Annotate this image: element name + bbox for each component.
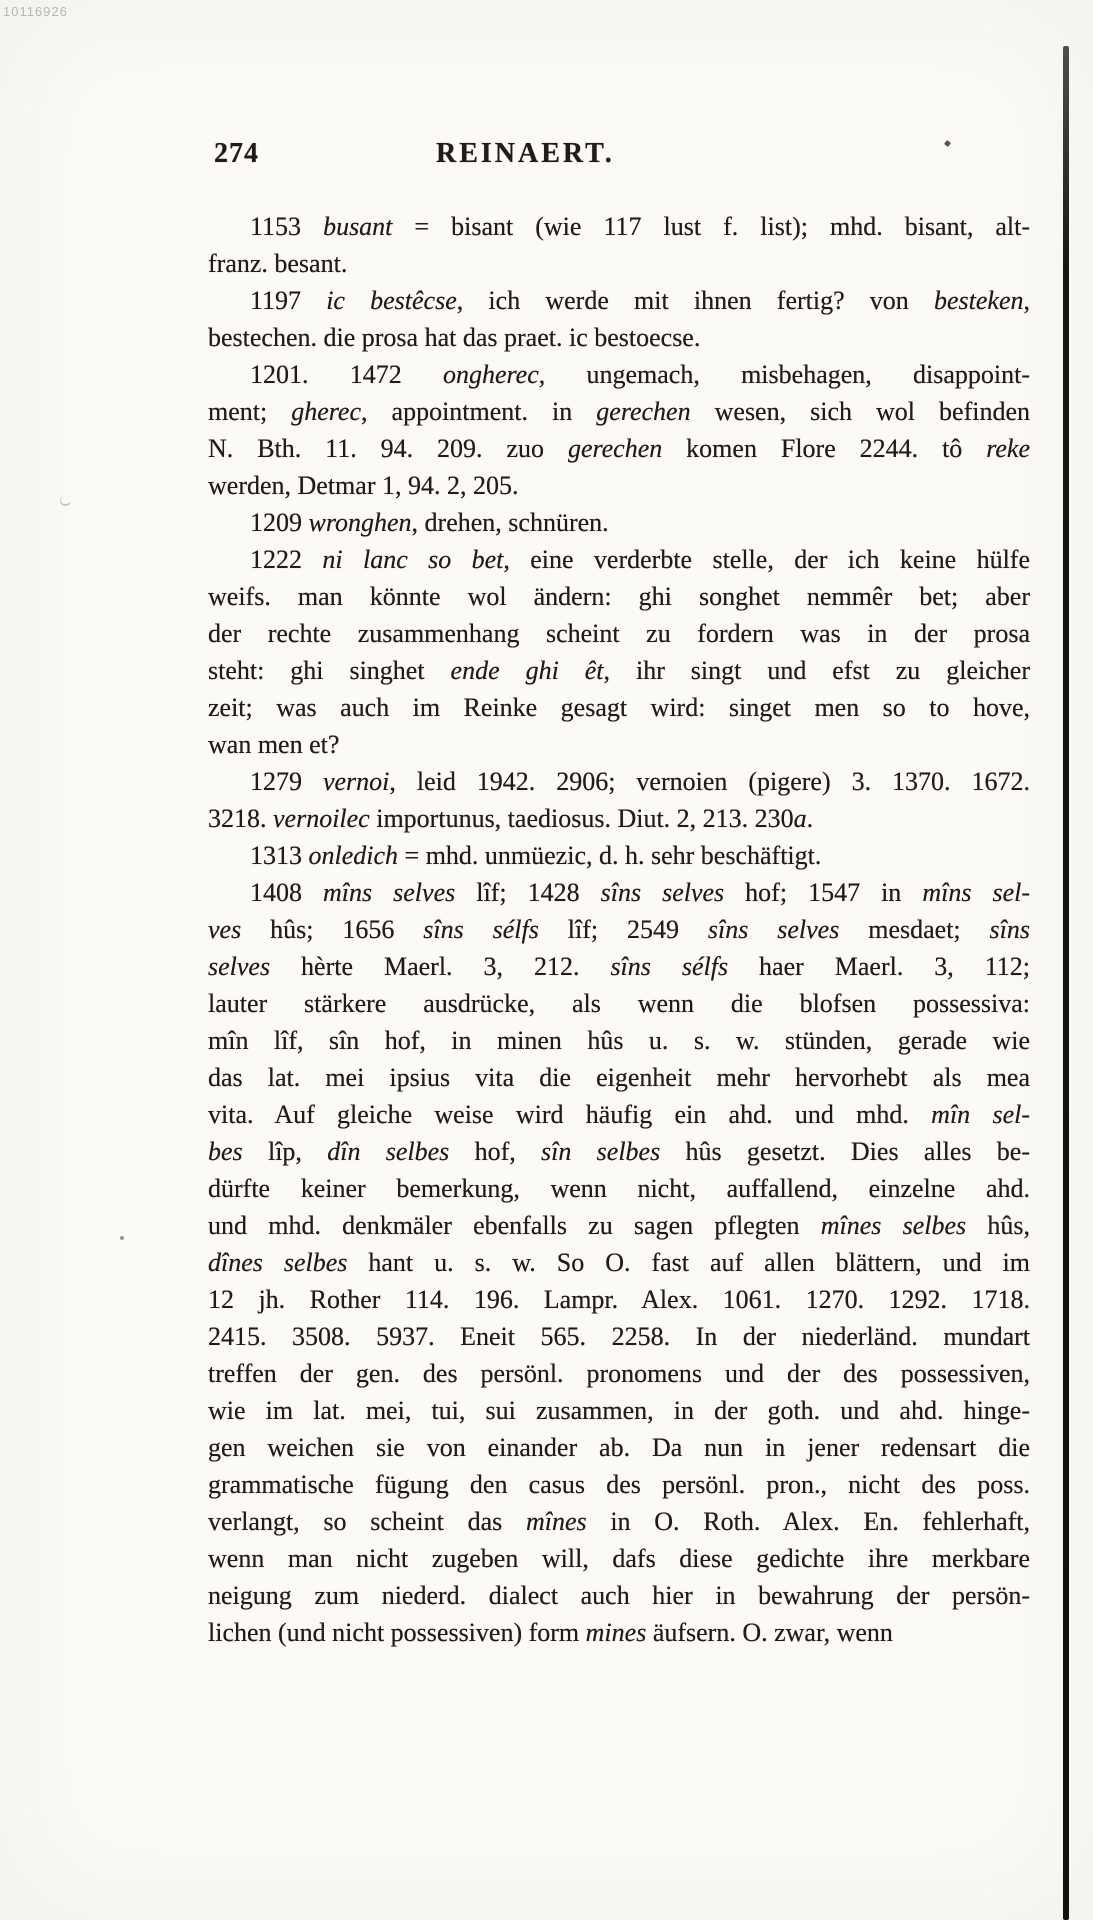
text-line: das lat. mei ipsius vita die eigenheit m… <box>208 1059 1030 1096</box>
text-line: treffen der gen. des persönl. pronomens … <box>208 1355 1030 1392</box>
text-line: 1153 busant = bisant (wie 117 lust f. li… <box>208 208 1030 245</box>
text-line: dînes selbes hant u. s. w. So O. fast au… <box>208 1244 1030 1281</box>
text-line: 1313 onledich = mhd. unmüezic, d. h. seh… <box>208 837 1030 874</box>
page-number: 274 <box>214 138 259 170</box>
text-line: grammatische fügung den casus des persön… <box>208 1466 1030 1503</box>
text-line: ment; gherec, appointment. in gerechen w… <box>208 393 1030 430</box>
scan-corner-number: 10116926 <box>3 4 68 19</box>
text-line: werden, Detmar 1, 94. 2, 205. <box>208 467 1030 504</box>
text-line: lichen (und nicht possessiven) form mine… <box>208 1614 1030 1651</box>
text-line: 1201. 1472 ongherec, ungemach, misbehage… <box>208 356 1030 393</box>
text-line: verlangt, so scheint das mînes in O. Rot… <box>208 1503 1030 1540</box>
text-line: gen weichen sie von einander ab. Da nun … <box>208 1429 1030 1466</box>
text-line: wenn man nicht zugeben will, dafs diese … <box>208 1540 1030 1577</box>
text-line: 1197 ic bestêcse, ich werde mit ihnen fe… <box>208 282 1030 319</box>
text-line: neigung zum niederd. dialect auch hier i… <box>208 1577 1030 1614</box>
text-line: weifs. man könnte wol ändern: ghi songhe… <box>208 578 1030 615</box>
text-line: 1209 wronghen, drehen, schnüren. <box>208 504 1030 541</box>
text-line: 2415. 3508. 5937. Eneit 565. 2258. In de… <box>208 1318 1030 1355</box>
text-line: 1222 ni lanc so bet, eine verderbte stel… <box>208 541 1030 578</box>
text-line: 1408 mîns selves lîf; 1428 sîns selves h… <box>208 874 1030 911</box>
running-title: REINAERT. <box>436 138 615 170</box>
text-line: dürfte keiner bemerkung, wenn nicht, auf… <box>208 1170 1030 1207</box>
text-line: ves hûs; 1656 sîns sélfs lîf; 2549 sîns … <box>208 911 1030 948</box>
text-line: vita. Auf gleiche weise wird häufig ein … <box>208 1096 1030 1133</box>
text-line: bes lîp, dîn selbes hof, sîn selbes hûs … <box>208 1133 1030 1170</box>
text-line: franz. besant. <box>208 245 1030 282</box>
text-line: lauter stärkere ausdrücke, als wenn die … <box>208 985 1030 1022</box>
ink-speck <box>60 496 71 506</box>
text-line: wie im lat. mei, tui, sui zusammen, in d… <box>208 1392 1030 1429</box>
text-line: und mhd. denkmäler ebenfalls zu sagen pf… <box>208 1207 1030 1244</box>
book-page-scan: 10116926 274 REINAERT. 1153 busant = bis… <box>0 0 1093 1920</box>
text-line: 3218. vernoilec importunus, taediosus. D… <box>208 800 1030 837</box>
text-line: bestechen. die prosa hat das praet. ic b… <box>208 319 1030 356</box>
text-line: wan men et? <box>208 726 1030 763</box>
text-line: 12 jh. Rother 114. 196. Lampr. Alex. 106… <box>208 1281 1030 1318</box>
ink-speck <box>120 1236 124 1240</box>
text-line: selves hèrte Maerl. 3, 212. sîns sélfs h… <box>208 948 1030 985</box>
text-line: mîn lîf, sîn hof, in minen hûs u. s. w. … <box>208 1022 1030 1059</box>
text-line: 1279 vernoi, leid 1942. 2906; vernoien (… <box>208 763 1030 800</box>
scan-edge-line <box>1063 46 1069 1920</box>
text-line: N. Bth. 11. 94. 209. zuo gerechen komen … <box>208 430 1030 467</box>
text-line: der rechte zusammenhang scheint zu forde… <box>208 615 1030 652</box>
text-line: zeit; was auch im Reinke gesagt wird: si… <box>208 689 1030 726</box>
page-text: 1153 busant = bisant (wie 117 lust f. li… <box>208 208 1030 1651</box>
page-header: 274 REINAERT. <box>0 138 1093 172</box>
text-line: steht: ghi singhet ende ghi êt, ihr sing… <box>208 652 1030 689</box>
